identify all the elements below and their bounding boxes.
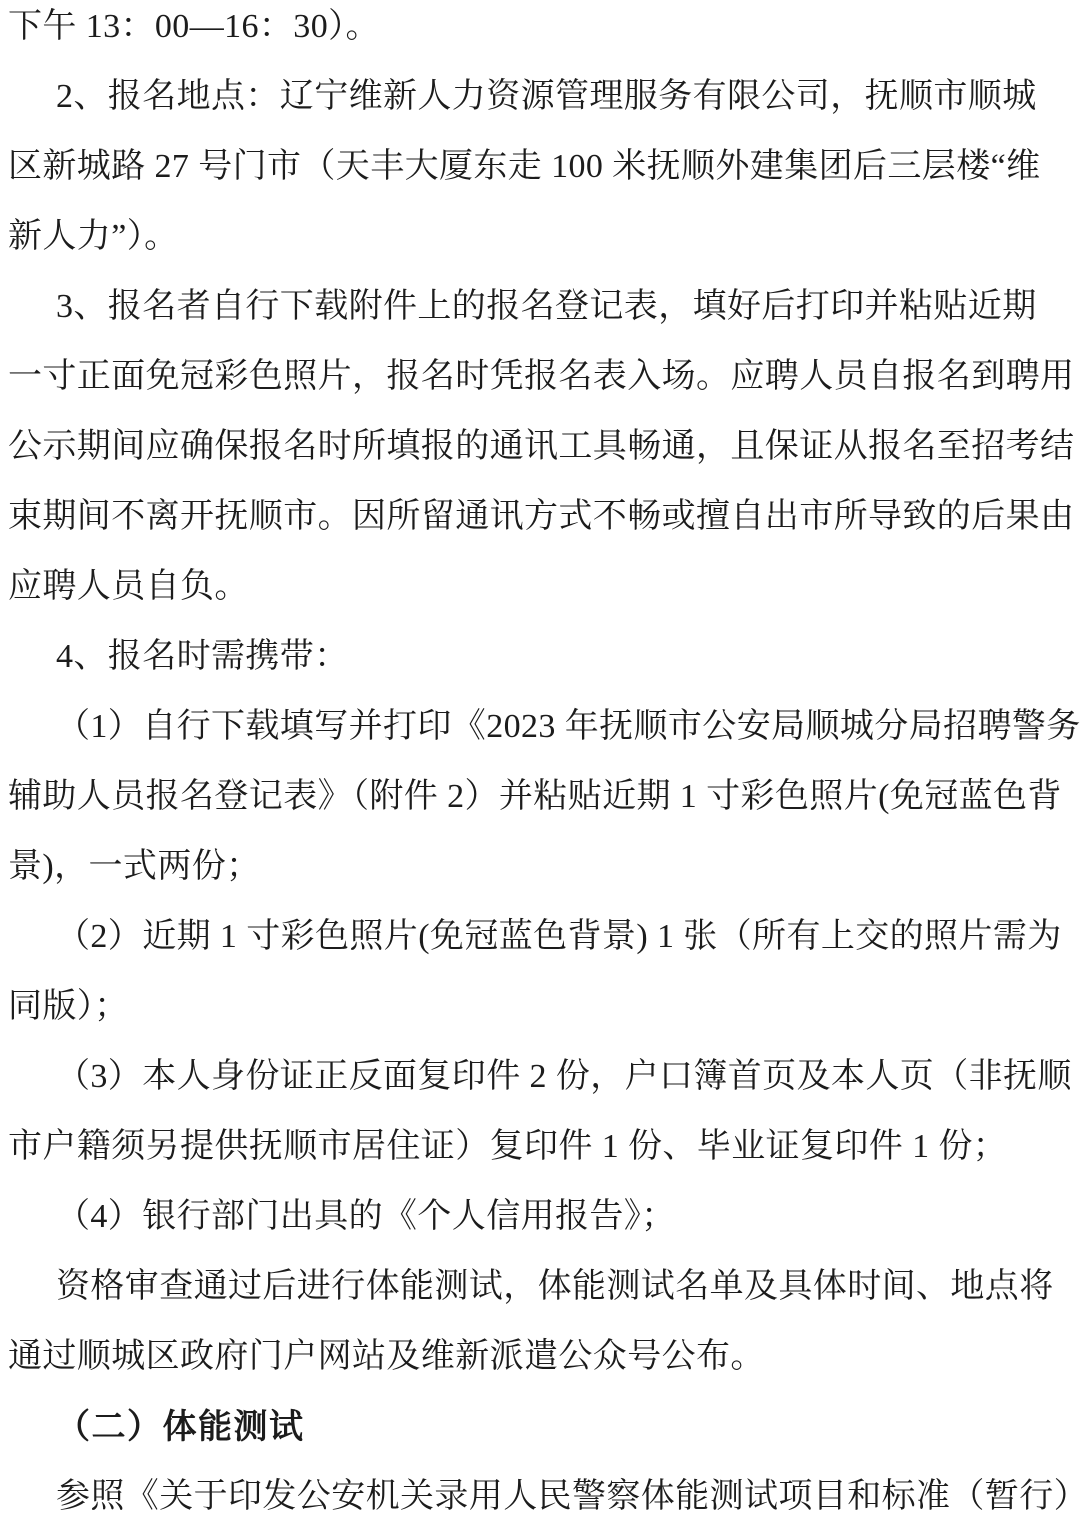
text-line: 4、报名时需携带： — [8, 622, 1074, 692]
text-line: 通过顺城区政府门户网站及维新派遣公众号公布。 — [8, 1322, 1074, 1392]
text-line: 束期间不离开抚顺市。因所留通讯方式不畅或擅自出市所导致的后果由 — [8, 482, 1074, 552]
document-body: 下午 13：00—16：30）。 2、报名地点：辽宁维新人力资源管理服务有限公司… — [8, 0, 1074, 1530]
text-line: 区新城路 27 号门市（天丰大厦东走 100 米抚顺外建集团后三层楼“维 — [8, 132, 1074, 202]
text-line: 一寸正面免冠彩色照片，报名时凭报名表入场。应聘人员自报名到聘用 — [8, 342, 1074, 412]
text-line: 新人力”）。 — [8, 202, 1074, 272]
text-line: 下午 13：00—16：30）。 — [8, 0, 1074, 62]
section-heading: （二）体能测试 — [8, 1392, 1074, 1462]
text-line: （3）本人身份证正反面复印件 2 份，户口簿首页及本人页（非抚顺 — [8, 1042, 1074, 1112]
text-line: 辅助人员报名登记表》（附件 2）并粘贴近期 1 寸彩色照片(免冠蓝色背 — [8, 762, 1074, 832]
text-line: 同版）； — [8, 972, 1074, 1042]
text-line: 公示期间应确保报名时所填报的通讯工具畅通，且保证从报名至招考结 — [8, 412, 1074, 482]
text-line: 3、报名者自行下载附件上的报名登记表，填好后打印并粘贴近期 — [8, 272, 1074, 342]
text-line: 资格审查通过后进行体能测试，体能测试名单及具体时间、地点将 — [8, 1252, 1074, 1322]
document-page: 下午 13：00—16：30）。 2、报名地点：辽宁维新人力资源管理服务有限公司… — [0, 0, 1080, 1530]
text-line: （1）自行下载填写并打印《2023 年抚顺市公安局顺城分局招聘警务 — [8, 692, 1074, 762]
text-line: 市户籍须另提供抚顺市居住证）复印件 1 份、毕业证复印件 1 份； — [8, 1112, 1074, 1182]
text-line: （2）近期 1 寸彩色照片(免冠蓝色背景) 1 张（所有上交的照片需为 — [8, 902, 1074, 972]
text-line: 景)，一式两份； — [8, 832, 1074, 902]
text-line: （4）银行部门出具的《个人信用报告》； — [8, 1182, 1074, 1252]
text-line: 参照《关于印发公安机关录用人民警察体能测试项目和标准（暂行） — [8, 1462, 1074, 1530]
text-line: 2、报名地点：辽宁维新人力资源管理服务有限公司，抚顺市顺城 — [8, 62, 1074, 132]
text-line: 应聘人员自负。 — [8, 552, 1074, 622]
